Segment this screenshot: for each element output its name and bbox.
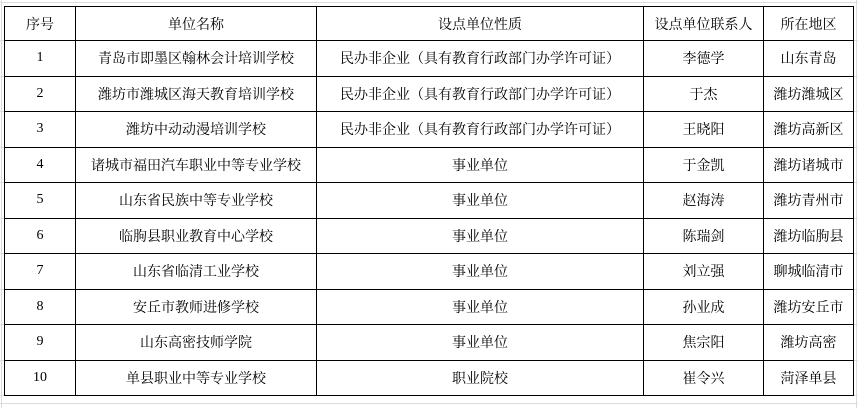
units-table: 序号单位名称设点单位性质设点单位联系人所在地区 1青岛市即墨区翰林会计培训学校民…	[4, 6, 854, 396]
unit-nature-cell: 民办非企业（具有教育行政部门办学许可证）	[317, 112, 644, 148]
region-cell: 潍坊青州市	[764, 183, 854, 219]
table-row: 9山东高密技师学院事业单位焦宗阳潍坊高密	[5, 325, 854, 361]
unit-name-cell: 单县职业中等专业学校	[76, 360, 317, 396]
region-cell: 潍坊高新区	[764, 112, 854, 148]
unit-nature-cell: 事业单位	[317, 183, 644, 219]
unit-nature-cell: 事业单位	[317, 325, 644, 361]
seq-cell: 1	[5, 41, 76, 77]
table-row: 1青岛市即墨区翰林会计培训学校民办非企业（具有教育行政部门办学许可证）李德学山东…	[5, 41, 854, 77]
contact-cell: 孙业成	[644, 289, 764, 325]
contact-cell: 赵海涛	[644, 183, 764, 219]
unit-nature-cell: 事业单位	[317, 254, 644, 290]
seq-cell: 9	[5, 325, 76, 361]
unit-nature-cell: 职业院校	[317, 360, 644, 396]
seq-cell: 10	[5, 360, 76, 396]
unit-name-cell: 潍坊中动动漫培训学校	[76, 112, 317, 148]
contact-cell: 刘立强	[644, 254, 764, 290]
table-body: 1青岛市即墨区翰林会计培训学校民办非企业（具有教育行政部门办学许可证）李德学山东…	[5, 41, 854, 396]
table-row: 7山东省临清工业学校事业单位刘立强聊城临清市	[5, 254, 854, 290]
unit-nature-cell: 民办非企业（具有教育行政部门办学许可证）	[317, 41, 644, 77]
table-row: 3潍坊中动动漫培训学校民办非企业（具有教育行政部门办学许可证）王晓阳潍坊高新区	[5, 112, 854, 148]
region-cell: 山东青岛	[764, 41, 854, 77]
region-cell: 潍坊诸城市	[764, 147, 854, 183]
table-row: 5山东省民族中等专业学校事业单位赵海涛潍坊青州市	[5, 183, 854, 219]
table-row: 2潍坊市潍城区海天教育培训学校民办非企业（具有教育行政部门办学许可证）于杰潍坊潍…	[5, 76, 854, 112]
col-header-contact: 设点单位联系人	[644, 7, 764, 41]
col-header-seq: 序号	[5, 7, 76, 41]
spreadsheet-canvas: 序号单位名称设点单位性质设点单位联系人所在地区 1青岛市即墨区翰林会计培训学校民…	[0, 0, 858, 408]
gridline-vertical	[1, 0, 2, 408]
contact-cell: 崔令兴	[644, 360, 764, 396]
region-cell: 聊城临清市	[764, 254, 854, 290]
table-row: 10单县职业中等专业学校职业院校崔令兴菏泽单县	[5, 360, 854, 396]
seq-cell: 4	[5, 147, 76, 183]
region-cell: 菏泽单县	[764, 360, 854, 396]
unit-name-cell: 潍坊市潍城区海天教育培训学校	[76, 76, 317, 112]
seq-cell: 7	[5, 254, 76, 290]
unit-name-cell: 安丘市教师进修学校	[76, 289, 317, 325]
seq-cell: 3	[5, 112, 76, 148]
unit-name-cell: 山东高密技师学院	[76, 325, 317, 361]
seq-cell: 6	[5, 218, 76, 254]
unit-nature-cell: 事业单位	[317, 289, 644, 325]
contact-cell: 陈瑞剑	[644, 218, 764, 254]
contact-cell: 于金凯	[644, 147, 764, 183]
table-row: 8安丘市教师进修学校事业单位孙业成潍坊安丘市	[5, 289, 854, 325]
region-cell: 潍坊潍城区	[764, 76, 854, 112]
region-cell: 潍坊高密	[764, 325, 854, 361]
contact-cell: 李德学	[644, 41, 764, 77]
header-row: 序号单位名称设点单位性质设点单位联系人所在地区	[5, 7, 854, 41]
col-header-unit-name: 单位名称	[76, 7, 317, 41]
col-header-unit-nature: 设点单位性质	[317, 7, 644, 41]
contact-cell: 焦宗阳	[644, 325, 764, 361]
unit-name-cell: 山东省民族中等专业学校	[76, 183, 317, 219]
table-row: 6临朐县职业教育中心学校事业单位陈瑞剑潍坊临朐县	[5, 218, 854, 254]
unit-name-cell: 山东省临清工业学校	[76, 254, 317, 290]
table-row: 4诸城市福田汽车职业中等专业学校事业单位于金凯潍坊诸城市	[5, 147, 854, 183]
seq-cell: 5	[5, 183, 76, 219]
col-header-region: 所在地区	[764, 7, 854, 41]
contact-cell: 王晓阳	[644, 112, 764, 148]
unit-nature-cell: 事业单位	[317, 218, 644, 254]
gridline-horizontal	[0, 2, 858, 3]
gridline-vertical	[856, 0, 857, 408]
seq-cell: 8	[5, 289, 76, 325]
seq-cell: 2	[5, 76, 76, 112]
unit-name-cell: 诸城市福田汽车职业中等专业学校	[76, 147, 317, 183]
unit-name-cell: 青岛市即墨区翰林会计培训学校	[76, 41, 317, 77]
unit-nature-cell: 民办非企业（具有教育行政部门办学许可证）	[317, 76, 644, 112]
region-cell: 潍坊临朐县	[764, 218, 854, 254]
unit-name-cell: 临朐县职业教育中心学校	[76, 218, 317, 254]
contact-cell: 于杰	[644, 76, 764, 112]
region-cell: 潍坊安丘市	[764, 289, 854, 325]
unit-nature-cell: 事业单位	[317, 147, 644, 183]
gridline-horizontal	[0, 403, 858, 404]
